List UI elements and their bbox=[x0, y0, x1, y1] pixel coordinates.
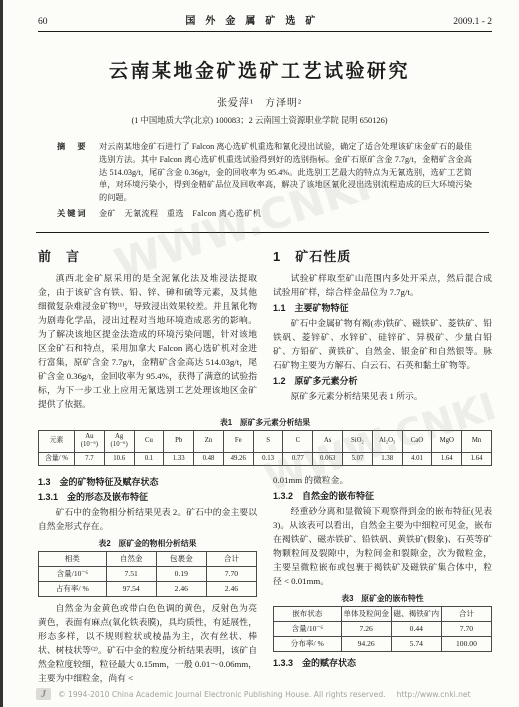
table-row: 占有率/ %97.542.462.46 bbox=[39, 582, 257, 597]
table-1-caption: 表1 原矿多元素分析结果 bbox=[38, 417, 492, 428]
abstract-text: 对云南某地金矿石进行了 Falcon 离心选矿机重选和氰化浸出试验，确定了适合处… bbox=[91, 141, 472, 205]
table-1-block: 表1 原矿多元素分析结果 元素Au (10⁻⁶)Ag (10⁻⁶)CuPbZnF… bbox=[38, 417, 492, 467]
table-cell: 0.19 bbox=[156, 567, 206, 582]
table-cell: 磁、褐铁矿内 bbox=[391, 607, 441, 622]
page-footer: J © 1994-2010 China Academic Journal Ele… bbox=[36, 688, 499, 700]
section-1-1-heading: 1.1 主要矿物特征 bbox=[273, 301, 492, 314]
table-cell: 100.00 bbox=[441, 637, 491, 652]
table-cell: 占有率/ % bbox=[39, 582, 107, 597]
article-affiliation: (1 中国地质大学(北京) 100083；2 云南国土资源职业学院 昆明 650… bbox=[0, 114, 519, 126]
table-cell: Mn bbox=[462, 430, 492, 452]
section-1-heading: 1 矿石性质 bbox=[273, 246, 492, 265]
table-cell: 嵌布状态 bbox=[274, 607, 342, 622]
page-number: 60 bbox=[38, 17, 48, 27]
table-2-phase-analysis: 相类自然金包裹金合计 含量/10⁻⁶7.510.197.70 占有率/ %97.… bbox=[38, 551, 257, 597]
section-1-3-1-heading: 1.3.1 金的形态及嵌布特征 bbox=[38, 490, 257, 503]
table-cell: Ag (10⁻⁶) bbox=[104, 430, 134, 452]
table-cell: 相类 bbox=[39, 552, 107, 567]
table-cell: 5.74 bbox=[391, 637, 441, 652]
table-cell: Au (10⁻⁶) bbox=[75, 430, 105, 452]
intro-paragraph: 滇西北金矿原采用的是全泥氰化法及堆浸法提取金，由于该矿含有铁、铅、锌、砷和硫等元… bbox=[38, 271, 257, 411]
issue-date: 2009.1 - 2 bbox=[453, 17, 492, 27]
section-1-2-heading: 1.2 原矿多元素分析 bbox=[273, 374, 492, 387]
table-cell: Fe bbox=[223, 430, 253, 452]
table-cell: Pb bbox=[164, 430, 194, 452]
table-cell: 94.26 bbox=[341, 637, 391, 652]
table-cell: 1.64 bbox=[432, 452, 462, 466]
table-cell: 10.6 bbox=[104, 452, 134, 466]
table-cell: 5.07 bbox=[343, 452, 373, 466]
table-cell: 4.01 bbox=[402, 452, 432, 466]
article-authors: 张爱萍¹ 方泽明² bbox=[0, 94, 519, 109]
table-cell: 7.70 bbox=[441, 622, 491, 637]
columns-upper: 前 言 滇西北金矿原采用的是全泥氰化法及堆浸法提取金，由于该矿含有铁、铅、锌、砷… bbox=[38, 242, 492, 411]
continuation-line: 0.01mm 的微粒金。 bbox=[273, 473, 492, 487]
abstract-block: 摘 要 对云南某地金矿石进行了 Falcon 离心选矿机重选和氰化浸出试验，确定… bbox=[57, 141, 472, 221]
table-2-block: 表2 原矿金的物相分析结果 相类自然金包裹金合计 含量/10⁻⁶7.510.19… bbox=[38, 538, 257, 597]
table-cell: 7.7 bbox=[75, 452, 105, 466]
abstract-divider bbox=[36, 232, 489, 233]
keywords-label: 关键词 bbox=[57, 208, 91, 221]
table-3-occurrence: 嵌布状态单体及粒间金磁、褐铁矿内合计 含量/10⁻⁶7.260.447.70 分… bbox=[273, 606, 492, 652]
copyright-text: © 1994-2010 China Academic Journal Elect… bbox=[58, 690, 386, 699]
section-1-3-2-paragraph: 经重砂分离和显微镜下观察得到金的嵌布特征(见表 3)。从该表可以看出，自然金主要… bbox=[273, 504, 492, 588]
table-3-caption: 表3 原矿金的嵌布特性 bbox=[273, 593, 492, 604]
table-cell: 合计 bbox=[441, 607, 491, 622]
table-cell: 0.13 bbox=[253, 452, 283, 466]
table-cell: 0.77 bbox=[283, 452, 313, 466]
table-row: 相类自然金包裹金合计 bbox=[39, 552, 257, 567]
left-column-upper: 前 言 滇西北金矿原采用的是全泥氰化法及堆浸法提取金，由于该矿含有铁、铅、锌、砷… bbox=[38, 242, 257, 411]
table-cell: 含量/10⁻⁶ bbox=[274, 622, 342, 637]
intro-heading: 前 言 bbox=[38, 246, 257, 265]
table-cell: 7.51 bbox=[106, 567, 156, 582]
table-cell: 7.26 bbox=[341, 622, 391, 637]
native-gold-paragraph: 自然金为金黄色或带白色色调的黄色，反射色为亮黄色，表面有麻点(氧化铁表膜)，具均… bbox=[38, 601, 257, 685]
abstract-label: 摘 要 bbox=[57, 141, 91, 205]
journal-title: 国外金属矿选矿 bbox=[175, 12, 325, 27]
section-1-1-paragraph: 矿石中金属矿物有褐(赤)铁矿、磁铁矿、菱铁矿、铅铁矾、菱锌矿、水锌矿、硅锌矿、异… bbox=[273, 316, 492, 372]
table-cell: Zn bbox=[194, 430, 224, 452]
table-cell: 0.063 bbox=[313, 452, 343, 466]
table-row: 嵌布状态单体及粒间金磁、褐铁矿内合计 bbox=[274, 607, 492, 622]
section-1-3-1-paragraph: 矿石中的金物相分析结果见表 2。矿石中的金主要以自然金形式存在。 bbox=[38, 505, 257, 533]
section-1-3-2-heading: 1.3.2 自然金的嵌布特征 bbox=[273, 489, 492, 502]
section-1-paragraph: 试验矿样取至矿山范围内多处开采点，然后混合成试验用矿样，综合样金品位为 7.7g… bbox=[273, 271, 492, 299]
table-cell: 49.26 bbox=[223, 452, 253, 466]
table-cell: 1.64 bbox=[462, 452, 492, 466]
table-1-multielement-analysis: 元素Au (10⁻⁶)Ag (10⁻⁶)CuPbZnFeSCAsSiO₂Al₂O… bbox=[38, 430, 492, 467]
cnki-logo-icon: J bbox=[36, 688, 51, 700]
section-1-3-heading: 1.3 金的矿物特征及赋存状态 bbox=[38, 475, 257, 488]
table-cell: 1.38 bbox=[372, 452, 402, 466]
table-2-caption: 表2 原矿金的物相分析结果 bbox=[38, 538, 257, 549]
table-cell: 单体及粒间金 bbox=[341, 607, 391, 622]
table-cell: 元素 bbox=[39, 430, 75, 452]
table-row: 含量/ %7.710.60.11.330.4849.260.130.770.06… bbox=[39, 452, 492, 466]
table-cell: 包裹金 bbox=[156, 552, 206, 567]
table-cell: C bbox=[283, 430, 313, 452]
right-column-upper: 1 矿石性质 试验矿样取至矿山范围内多处开采点，然后混合成试验用矿样，综合样金品… bbox=[273, 242, 492, 411]
table-cell: S bbox=[253, 430, 283, 452]
table-cell: 合计 bbox=[206, 552, 256, 567]
table-cell: 2.46 bbox=[206, 582, 256, 597]
table-cell: 分布率/ % bbox=[274, 637, 342, 652]
table-row: 元素Au (10⁻⁶)Ag (10⁻⁶)CuPbZnFeSCAsSiO₂Al₂O… bbox=[39, 430, 492, 452]
table-cell: As bbox=[313, 430, 343, 452]
scan-edge-artifact bbox=[0, 0, 3, 707]
left-column-lower: 1.3 金的矿物特征及赋存状态 1.3.1 金的形态及嵌布特征 矿石中的金物相分… bbox=[38, 473, 257, 685]
table-cell: Cu bbox=[134, 430, 164, 452]
table-row: 含量/10⁻⁶7.510.197.70 bbox=[39, 567, 257, 582]
table-cell: 0.44 bbox=[391, 622, 441, 637]
table-row: 分布率/ %94.265.74100.00 bbox=[274, 637, 492, 652]
table-cell: 0.1 bbox=[134, 452, 164, 466]
columns-lower: 1.3 金的矿物特征及赋存状态 1.3.1 金的形态及嵌布特征 矿石中的金物相分… bbox=[38, 473, 492, 685]
section-1-2-paragraph: 原矿多元素分析结果见表 1 所示。 bbox=[273, 389, 492, 403]
table-cell: 0.48 bbox=[194, 452, 224, 466]
table-cell: 自然金 bbox=[106, 552, 156, 567]
keywords-text: 金矿 无氰流程 重选 Falcon 离心选矿机 bbox=[91, 208, 472, 221]
right-column-lower: 0.01mm 的微粒金。 1.3.2 自然金的嵌布特征 经重砂分离和显微镜下观察… bbox=[273, 473, 492, 685]
page-header: 60 国外金属矿选矿 2009.1 - 2 bbox=[38, 12, 492, 32]
table-row: 含量/10⁻⁶7.260.447.70 bbox=[274, 622, 492, 637]
table-cell: MgO bbox=[432, 430, 462, 452]
table-cell: CaO bbox=[402, 430, 432, 452]
table-cell: Al₂O₃ bbox=[372, 430, 402, 452]
article-title: 云南某地金矿选矿工艺试验研究 bbox=[0, 56, 519, 83]
table-cell: 97.54 bbox=[106, 582, 156, 597]
cnki-url: http://www.cnki.net bbox=[397, 690, 471, 699]
table-cell: SiO₂ bbox=[343, 430, 373, 452]
table-3-block: 表3 原矿金的嵌布特性 嵌布状态单体及粒间金磁、褐铁矿内合计 含量/10⁻⁶7.… bbox=[273, 593, 492, 652]
table-cell: 含量/ % bbox=[39, 452, 75, 466]
table-cell: 7.70 bbox=[206, 567, 256, 582]
article-body: 前 言 滇西北金矿原采用的是全泥氰化法及堆浸法提取金，由于该矿含有铁、铅、锌、砷… bbox=[38, 242, 492, 686]
paper-page: WWW.CNKI WWW.CNKI 60 国外金属矿选矿 2009.1 - 2 … bbox=[0, 0, 519, 707]
table-cell: 2.46 bbox=[156, 582, 206, 597]
section-1-3-3-heading: 1.3.3 金的赋存状态 bbox=[273, 656, 492, 669]
table-cell: 含量/10⁻⁶ bbox=[39, 567, 107, 582]
table-cell: 1.33 bbox=[164, 452, 194, 466]
